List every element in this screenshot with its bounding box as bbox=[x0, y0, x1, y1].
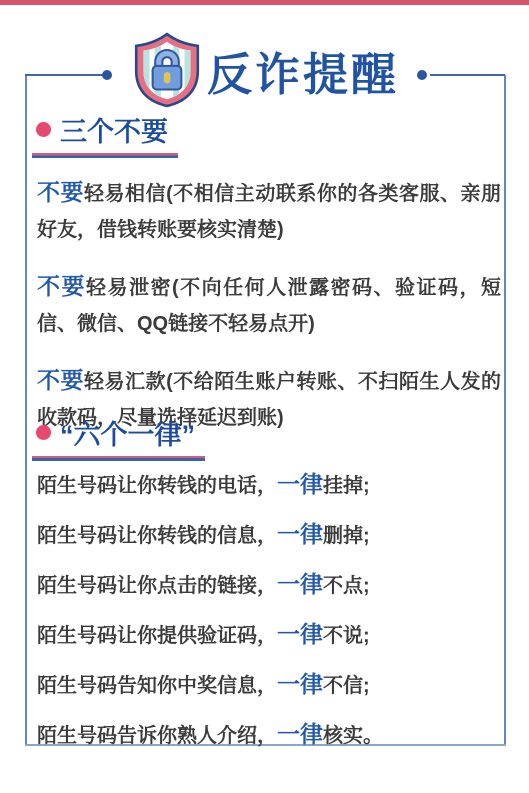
shield-lock-icon bbox=[132, 32, 202, 113]
anti-fraud-poster: { "poster": { "title": "反诈提醒", "colors":… bbox=[0, 0, 529, 793]
heading-underline bbox=[32, 456, 205, 461]
dont-text: 轻易相信(不相信主动联系你的各类客服、亲朋好友，借钱转账要核实清楚) bbox=[37, 183, 501, 241]
rule-item: 陌生号码告诉你熟人介绍，一律核实。 bbox=[37, 717, 501, 753]
rule-keyword: 一律 bbox=[277, 471, 323, 497]
rule-keyword: 一律 bbox=[277, 521, 323, 547]
frame-right-line bbox=[504, 75, 506, 745]
dont-text: 轻易泄密(不向任何人泄露密码、验证码，短信、微信、QQ链接不轻易点开) bbox=[37, 277, 501, 335]
rule-prefix: 陌生号码告知你中奖信息， bbox=[37, 675, 277, 697]
rule-item: 陌生号码让你点击的链接，一律不点; bbox=[37, 567, 501, 603]
frame-left-line bbox=[25, 75, 27, 745]
rules-list: 陌生号码让你转钱的电话，一律挂掉; 陌生号码让你转钱的信息，一律删掉; 陌生号码… bbox=[37, 467, 501, 767]
page-title: 反诈提醒 bbox=[207, 38, 399, 103]
rule-suffix: 不信; bbox=[323, 675, 370, 697]
bullet-dot-icon bbox=[36, 425, 51, 440]
frame-top-left-line bbox=[25, 74, 103, 76]
section-heading-three-donts: 三个不要 bbox=[36, 110, 168, 158]
frame-top-right-line bbox=[430, 74, 505, 76]
heading-text: 三个不要 bbox=[60, 110, 168, 149]
rule-prefix: 陌生号码让你点击的链接， bbox=[37, 575, 277, 597]
rule-keyword: 一律 bbox=[277, 571, 323, 597]
frame-right-dot bbox=[417, 70, 427, 80]
heading-underline bbox=[32, 153, 178, 158]
rule-prefix: 陌生号码让你转钱的电话， bbox=[37, 475, 277, 497]
heading-text: “六个一律” bbox=[60, 413, 195, 452]
rule-keyword: 一律 bbox=[277, 621, 323, 647]
dont-keyword: 不要 bbox=[37, 367, 84, 393]
dont-keyword: 不要 bbox=[37, 179, 84, 205]
rule-item: 陌生号码让你转钱的信息，一律删掉; bbox=[37, 517, 501, 553]
dont-paragraph: 不要轻易相信(不相信主动联系你的各类客服、亲朋好友，借钱转账要核实清楚) bbox=[37, 174, 501, 248]
dont-paragraph: 不要轻易泄密(不向任何人泄露密码、验证码，短信、微信、QQ链接不轻易点开) bbox=[37, 268, 501, 342]
rule-keyword: 一律 bbox=[277, 721, 323, 747]
frame-left-dot bbox=[102, 70, 112, 80]
rule-prefix: 陌生号码让你转钱的信息， bbox=[37, 525, 277, 547]
top-accent-bar bbox=[0, 0, 529, 5]
dont-keyword: 不要 bbox=[37, 273, 86, 299]
rule-suffix: 删掉; bbox=[323, 525, 370, 547]
rule-keyword: 一律 bbox=[277, 671, 323, 697]
rule-suffix: 挂掉; bbox=[323, 475, 370, 497]
rule-item: 陌生号码告知你中奖信息，一律不信; bbox=[37, 667, 501, 703]
rule-suffix: 不点; bbox=[323, 575, 370, 597]
bullet-dot-icon bbox=[36, 122, 51, 137]
section-heading-six-always: “六个一律” bbox=[36, 413, 195, 461]
rule-suffix: 不说; bbox=[323, 625, 370, 647]
rule-item: 陌生号码让你转钱的电话，一律挂掉; bbox=[37, 467, 501, 503]
rule-suffix: 核实。 bbox=[323, 725, 383, 747]
rule-item: 陌生号码让你提供验证码，一律不说; bbox=[37, 617, 501, 653]
rule-prefix: 陌生号码让你提供验证码， bbox=[37, 625, 277, 647]
rule-prefix: 陌生号码告诉你熟人介绍， bbox=[37, 725, 277, 747]
